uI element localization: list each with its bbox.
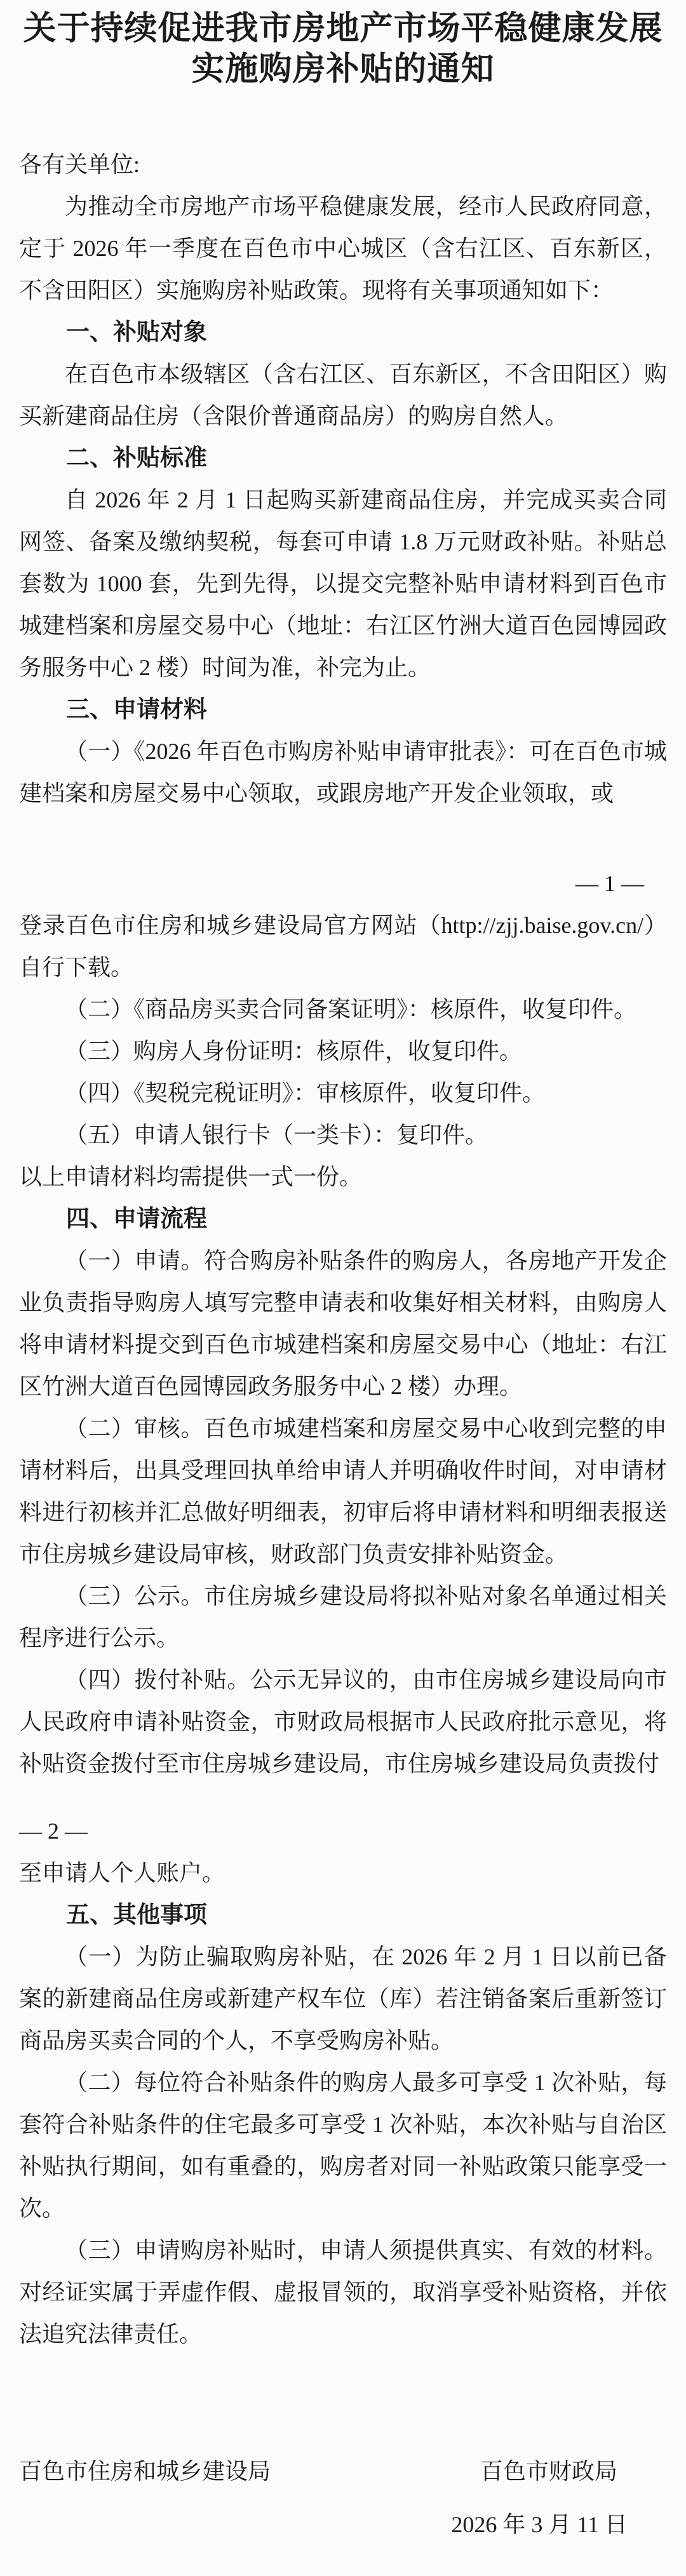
signature-issuer-right: 百色市财政局 [480,2450,617,2492]
document-title-line-1: 关于持续促进我市房地产市场平稳健康发展 [19,9,667,50]
document-title-line-2: 实施购房补贴的通知 [19,50,667,90]
signature-issuer-left: 百色市住房和城乡建设局 [19,2450,271,2492]
document-body: 为推动全市房地产市场平稳健康发展，经市人民政府同意，定于 2026 年一季度在百… [19,185,667,2355]
page-number: — 2 — [19,1810,667,1852]
document-date: 2026 年 3 月 11 日 [19,2504,667,2546]
paragraph: （四）《契税完税证明》：审核原件，收复印件。 [19,1072,667,1114]
section-heading: 四、申请流程 [19,1198,667,1240]
document-page: 关于持续促进我市房地产市场平稳健康发展 实施购房补贴的通知 各有关单位: 为推动… [0,0,686,2576]
paragraph: （二）每位符合补贴条件的购房人最多可享受 1 次补贴，每套符合补贴条件的住宅最多… [19,2062,667,2229]
paragraph: （二）审核。百色市城建档案和房屋交易中心收到完整的申请材料后，出具受理回执单给申… [19,1407,667,1575]
page-number: — 1 — [19,862,667,904]
section-heading: 一、补贴对象 [19,311,667,353]
paragraph: （五）申请人银行卡（一类卡）：复印件。 [19,1114,667,1156]
paragraph: （一）申请。符合购房补贴条件的购房人，各房地产开发企业负责指导购房人填写完整申请… [19,1240,667,1407]
paragraph: 至申请人个人账户。 [19,1852,667,1894]
paragraph: （一）为防止骗取购房补贴，在 2026 年 2 月 1 日以前已备案的新建商品住… [19,1936,667,2062]
paragraph: 以上申请材料均需提供一式一份。 [19,1156,667,1198]
paragraph: 登录百色市住房和城乡建设局官方网站（http://zjj.baise.gov.c… [19,904,667,988]
paragraph: （三）申请购房补贴时，申请人须提供真实、有效的材料。对经证实属于弄虚作假、虚报冒… [19,2229,667,2355]
document-title: 关于持续促进我市房地产市场平稳健康发展 实施购房补贴的通知 [19,9,667,90]
section-heading: 五、其他事项 [19,1894,667,1936]
section-heading: 二、补贴标准 [19,437,667,479]
paragraph: 在百色市本级辖区（含右江区、百东新区，不含田阳区）购买新建商品住房（含限价普通商… [19,353,667,437]
paragraph: （三）公示。市住房城乡建设局将拟补贴对象名单通过相关程序进行公示。 [19,1575,667,1659]
signature-row: 百色市住房和城乡建设局 百色市财政局 [19,2450,667,2492]
paragraph: （三）购房人身份证明：核原件，收复印件。 [19,1030,667,1072]
section-heading: 三、申请材料 [19,688,667,730]
paragraph: （一）《2026 年百色市购房补贴申请审批表》：可在百色市城建档案和房屋交易中心… [19,730,667,814]
paragraph: （二）《商品房买卖合同备案证明》：核原件，收复印件。 [19,988,667,1030]
paragraph: 为推动全市房地产市场平稳健康发展，经市人民政府同意，定于 2026 年一季度在百… [19,185,667,311]
salutation: 各有关单位: [19,144,667,185]
paragraph: （四）拨付补贴。公示无异议的，由市住房城乡建设局向市人民政府申请补贴资金，市财政… [19,1659,667,1785]
paragraph: 自 2026 年 2 月 1 日起购买新建商品住房，并完成买卖合同网签、备案及缴… [19,479,667,688]
